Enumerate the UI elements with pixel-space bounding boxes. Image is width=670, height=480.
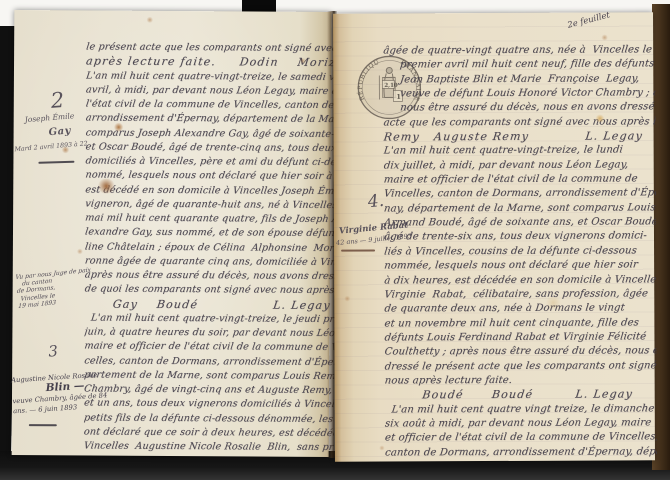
handwritten-line: L'an mil huit cent quatre-vingt-treize, … <box>383 144 656 160</box>
handwritten-line: dix juillet, à midi, par devant nous Léo… <box>383 158 656 174</box>
handwritten-line: Vincelles, canton de Dormans, arrondisse… <box>383 187 657 203</box>
handwritten-line: et officier de l'état civil de la commun… <box>384 431 657 447</box>
handwritten-line: et Oscar Boudé, âgé de trente-cinq ans, … <box>85 140 337 156</box>
handwritten-line: six août à midi, par devant nous Léon Le… <box>384 416 657 432</box>
handwritten-line: line Châtelain ; époux de Célina Alphons… <box>84 240 336 256</box>
handwritten-line: est décédé en son domicile à Vincelles J… <box>84 183 336 199</box>
handwritten-line: Vincelles Augustine Nicole Rosalie Blin,… <box>84 439 335 455</box>
foxing-stain <box>601 35 608 41</box>
handwritten-line: nommée, lesquels nous ont déclaré que hi… <box>383 258 657 274</box>
handwritten-line: ont déclaré que ce soir à deux heures, e… <box>84 425 335 441</box>
section-divider-line <box>38 161 74 164</box>
handwritten-line: Virginie Rabat, célibataire, sans profes… <box>383 287 657 303</box>
handwritten-line: avril, à midi, par devant nous Léon Lega… <box>85 83 336 99</box>
handwritten-line: petits fils de la défunte ci-dessous dén… <box>84 411 335 427</box>
handwritten-line: acte que les comparants ont signé avec n… <box>383 115 656 131</box>
handwritten-line: Boudé Boudé L. Legay <box>384 388 657 404</box>
handwritten-line: après lecture faite. Dodin Morizet L. Le… <box>85 55 336 71</box>
margin-underline <box>341 250 375 252</box>
handwritten-line: L'an mil huit cent quatre vingt treize, … <box>384 402 657 418</box>
handwritten-line: lexandre Gay, sus nommé, et de son épous… <box>84 226 336 242</box>
handwritten-line: nous être assuré du décès, nous en avons… <box>383 101 656 117</box>
handwritten-line: à dix heures, est décédée en son domicil… <box>383 273 657 289</box>
handwritten-line: premier avril mil huit cent neuf, fille … <box>383 58 656 74</box>
handwritten-line: nommé, lesquels nous ont déclaré que hie… <box>84 169 336 185</box>
foxing-stain <box>146 17 153 23</box>
foxing-stain <box>61 146 69 153</box>
handwritten-line: dressé le présent acte que les comparant… <box>384 359 657 375</box>
foxing-stain <box>114 123 124 132</box>
handwritten-line: de quoi les comparants ont signé avec no… <box>84 283 336 299</box>
margin-act-number-2: 2 <box>50 90 65 111</box>
handwritten-line: Gay Boudé L. Legay <box>84 297 336 313</box>
margin-deceased-firstname: Joseph Émile <box>24 111 74 124</box>
handwritten-line: de quarante deux ans, née à Dormans le v… <box>383 301 657 317</box>
handwritten-line: L'an mil huit cent quatre-vingt-treize, … <box>84 311 336 327</box>
folio-note: 2e feuillet <box>566 10 611 30</box>
handwritten-line: L'an mil huit cent quatre-vingt-treize, … <box>85 69 336 85</box>
foxing-stain <box>300 58 306 64</box>
margin-act-number-4: 4. <box>367 191 385 212</box>
foxing-stain <box>77 248 83 254</box>
handwritten-text-column-left: le présent acte que les comparants ont s… <box>84 40 337 458</box>
handwritten-line: ronne âgée de quarante cinq ans, domicil… <box>84 254 336 270</box>
margin-deceased-surname: Gay <box>48 125 71 138</box>
handwritten-line: celles, canton de Dormans, arrondissemen… <box>84 354 335 370</box>
handwritten-line: et un novembre mil huit cent cinquante, … <box>384 316 657 332</box>
foxing-stain <box>544 297 562 309</box>
handwritten-line: défunts Louis Ferdinand Rabat et Virgini… <box>384 330 657 346</box>
right-page: 2e feuillet RÉPUBLIQUE FRANÇAISE <box>333 12 655 461</box>
handwritten-line: nous après lecture faite. <box>384 373 657 389</box>
handwritten-line: et un ans, tous deux vignerons domicilié… <box>84 397 335 413</box>
foxing-stain <box>379 445 385 450</box>
margin-death-date: Mard 2 avril 1893 à 22 <box>14 139 88 154</box>
section-divider-line <box>29 424 57 426</box>
handwritten-line: maire et officier de l'état civil de la … <box>84 340 336 356</box>
handwritten-line: nay, département de la Marne, sont compa… <box>383 201 657 217</box>
foxing-stain <box>97 179 115 194</box>
handwritten-line: liés à Vincelles, cousins de la défunte … <box>383 244 657 260</box>
handwritten-line: âgé de trente-six ans, tous deux vignero… <box>383 230 657 246</box>
margin-act-number-3: 3 <box>48 342 59 361</box>
foxing-stain <box>595 115 604 123</box>
handwritten-line: Jean Baptiste Blin et Marie Françoise Le… <box>383 72 656 88</box>
handwritten-line: vigneron, âgé de quarante-huit ans, né à… <box>84 197 336 213</box>
foxing-stain <box>344 296 350 302</box>
handwritten-line: canton de Dormans, arrondissement d'Éper… <box>384 445 657 461</box>
left-page: 2 Joseph Émile Gay Mard 2 avril 1893 à 2… <box>12 10 332 457</box>
handwritten-line: Coulthetty ; après nous être assuré du d… <box>384 345 657 361</box>
handwritten-line: partement de la Marne, sont comparus Lou… <box>84 368 335 384</box>
handwritten-text-column-right: âgée de quatre-vingt quatre ans, née à V… <box>383 43 657 462</box>
judge-verification-note: Vu par nous Juge de paixdu cantonde Dorm… <box>15 267 94 310</box>
scanned-register-spread: 2 Joseph Émile Gay Mard 2 avril 1893 à 2… <box>0 0 670 480</box>
